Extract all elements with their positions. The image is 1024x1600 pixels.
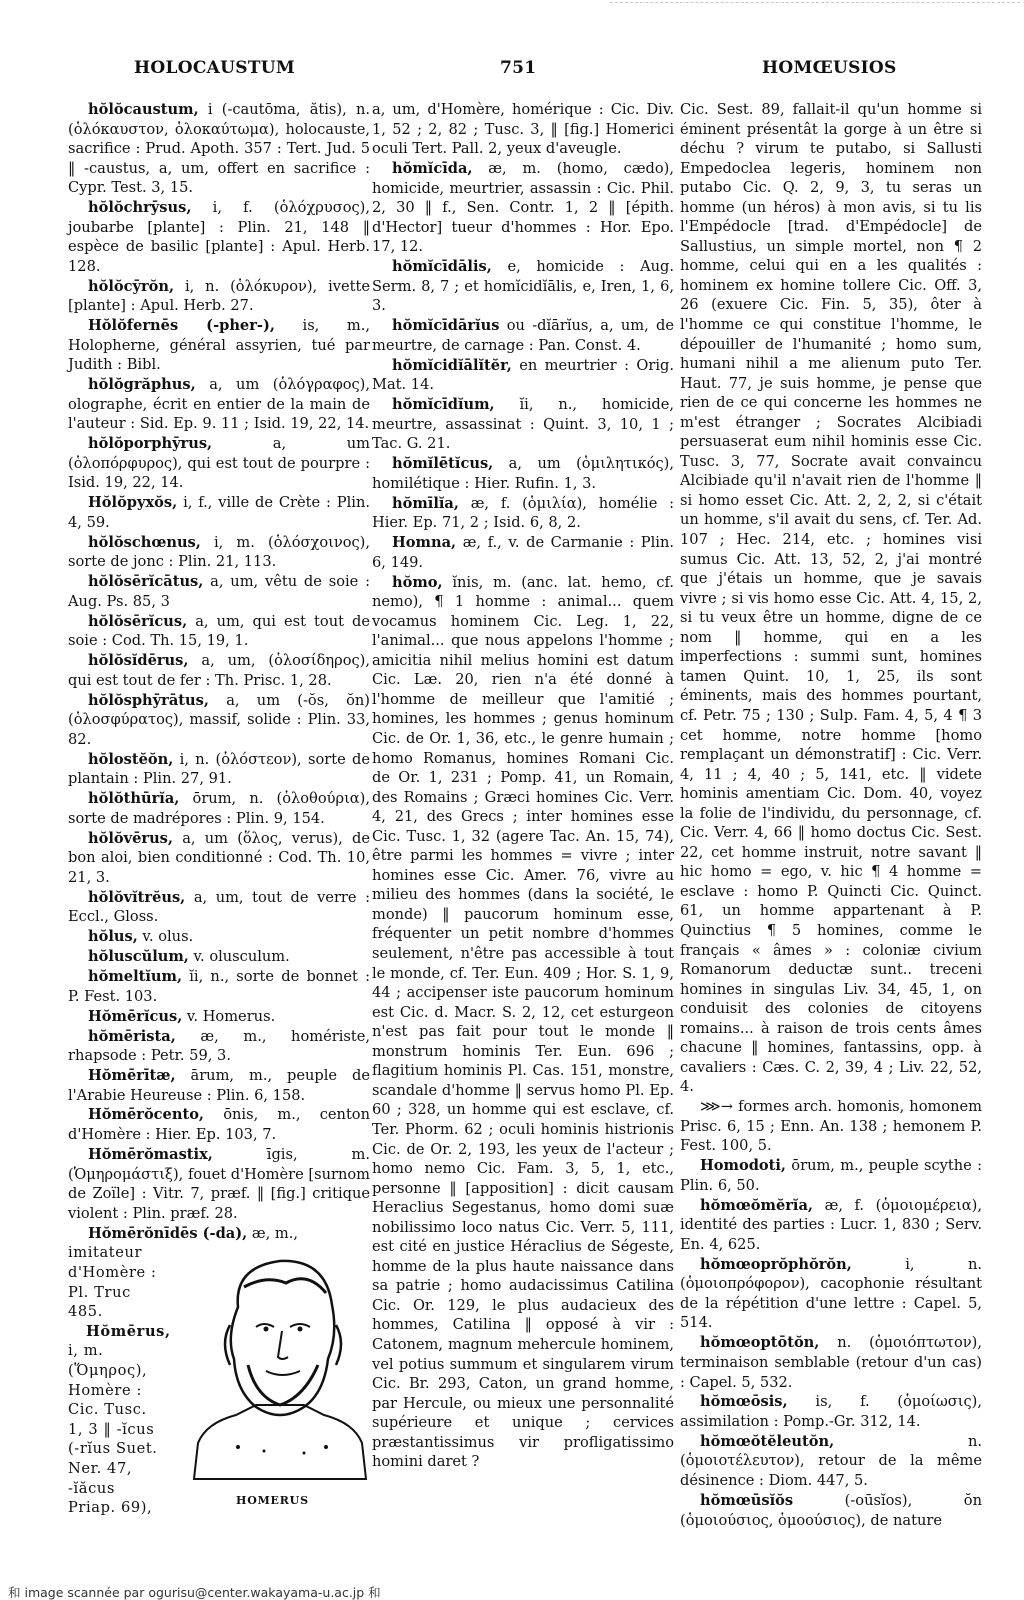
dictionary-entry: Homodoti, ōrum, m., peuple scythe : Plin… — [680, 1156, 982, 1195]
column-2: a, um, d'Homère, homérique : Cic. Div. 1… — [372, 100, 674, 1472]
definition: v. olusculum. — [189, 948, 290, 965]
headword: hŏmeltĭum, — [88, 968, 182, 985]
dictionary-entry: Hŏmērŏmastix, īgis, m. (Ὁμηρομάστιξ), fo… — [68, 1145, 370, 1223]
dictionary-entry: Hŏmērītæ, ārum, m., peuple de l'Arabie H… — [68, 1066, 370, 1105]
headword: Hŏmērītæ, — [88, 1067, 176, 1084]
entry-list: a, um, d'Homère, homérique : Cic. Div. 1… — [372, 100, 674, 1472]
headword: hŏmĭcīdālis, — [392, 258, 492, 275]
dictionary-entry: hŏmœoptōtŏn, n. (ὁμοιόπτωτον), terminais… — [680, 1333, 982, 1392]
headword: Homna, — [392, 534, 456, 551]
headword: hŏlŏsērĭcātus, — [88, 573, 203, 590]
headword: hŏmœoprŏphŏrŏn, — [700, 1256, 852, 1273]
definition: æ, m., — [247, 1225, 298, 1242]
dictionary-entry: hŏlŏsphȳrātus, a, um (-ŏs, ŏn) (ὁλοσφύρα… — [68, 691, 370, 750]
headword: hŏmœŏmĕrĭa, — [700, 1197, 813, 1214]
headword: hŏlŏcȳrŏn, — [88, 278, 174, 295]
headword: Hŏmērĭcus, — [88, 1008, 182, 1025]
dictionary-entry: Hŏmērŏcento, ōnis, m., centon d'Homère :… — [68, 1105, 370, 1144]
headword: hŏmĭcīdĭum, — [392, 396, 495, 413]
headword: hŏmœūsĭŏs — [700, 1492, 793, 1509]
homerus-illustration-block: imitateur d'Homère : Pl. Truc 485. Hŏmēr… — [68, 1243, 370, 1493]
scan-credit: 和 image scannée par ogurisu@center.wakay… — [8, 1583, 381, 1600]
dictionary-entry: ⋙→ formes arch. homonis, homonem Prisc. … — [680, 1097, 982, 1156]
dictionary-entry: Hŏmērĭcus, v. Homerus. — [68, 1007, 370, 1027]
dictionary-entry: hŏlŏchrȳsus, i, f. (ὁλόχρυσος), joubarbe… — [68, 198, 370, 276]
headword: hŏmīlĭa, — [392, 495, 459, 512]
headword: hŏlŏsērĭcus, — [88, 613, 187, 630]
definition: ĭnis, m. (anc. lat. hemo, cf. nemo), ¶ 1… — [372, 574, 674, 1471]
column-1: hŏlŏcaustum, i (-cautōma, ătis), n. (ὁλό… — [68, 100, 370, 1493]
headword: hŏlostĕŏn, — [88, 751, 173, 768]
dictionary-entry: hŏmœŏmĕrĭa, æ, f. (ὁμοιομέρεια), identit… — [680, 1196, 982, 1255]
definition: Cic. Sest. 89, fallait-il qu'un homme si… — [680, 101, 982, 1095]
dictionary-entry: hŏlŏsērĭcus, a, um, qui est tout de soie… — [68, 612, 370, 651]
dictionary-entry: hŏlŏthūrĭa, ōrum, n. (ὁλοθούρια), sorte … — [68, 789, 370, 828]
headword: hŏmœŏtĕleutŏn, — [700, 1433, 834, 1450]
headword: Hŏmērus, — [86, 1323, 171, 1340]
archaic-forms-arrow-icon: ⋙→ — [700, 1098, 733, 1115]
dictionary-entry: hŏmērista, æ, m., homériste, rhapsode : … — [68, 1027, 370, 1066]
headword: hŏmo, — [392, 574, 443, 591]
headword: hŏlŏschœnus, — [88, 534, 201, 551]
dictionary-entry: Cic. Sest. 89, fallait-il qu'un homme si… — [680, 100, 982, 1097]
dictionary-entry: hŏlŏcȳrŏn, i, n. (ὁλόκυρον), ivette [pla… — [68, 277, 370, 316]
headword: Homodoti, — [700, 1157, 786, 1174]
dictionary-entry: hŏlŏvērus, a, um (ὅλος, verus), de bon a… — [68, 829, 370, 888]
headword: hŏluscŭlum, — [88, 948, 189, 965]
headword: hŏmĭcīdārĭus — [392, 317, 499, 334]
dictionary-entry: hŏlŏporphȳrus, a, um (ὁλοπόρφυρος), qui … — [68, 434, 370, 493]
headword: Hŏmērŏnīdēs (-da), — [88, 1225, 247, 1242]
definition: imitateur d'Homère : Pl. Truc 485. — [68, 1243, 164, 1321]
headword: hŏlŏsphȳrātus, — [88, 692, 209, 709]
dictionary-entry: hŏmœūsĭŏs (-oūsĭos), ŏn (ὁμοιούσιος, ὁμο… — [680, 1491, 982, 1530]
dictionary-entry: hŏmĭlētĭcus, a, um (ὁμιλητικός), homilét… — [372, 454, 674, 493]
dictionary-entry: Hŏlŏpyxŏs, i, f., ville de Crète : Plin.… — [68, 493, 370, 532]
right-guideword: HOMŒUSIOS — [762, 58, 897, 78]
headword: hŏlŏvĭtrĕus, — [88, 889, 185, 906]
headword: hŏlŏchrȳsus, — [88, 199, 191, 216]
dictionary-entry: Hŏlŏfernēs (-pher-), is, m., Holopherne,… — [68, 316, 370, 375]
headword: hŏlŏsĭdērus, — [88, 652, 188, 669]
headword: hŏmœōsis, — [700, 1393, 788, 1410]
headword: hŏmērista, — [88, 1028, 176, 1045]
headword: hŏlŏporphȳrus, — [88, 435, 212, 452]
headword: hŏlŏgrăphus, — [88, 376, 196, 393]
headword: hŏmĭlētĭcus, — [392, 455, 493, 472]
dictionary-entry: a, um, d'Homère, homérique : Cic. Div. 1… — [372, 100, 674, 159]
wrapped-text: imitateur d'Homère : Pl. Truc 485. Hŏmēr… — [68, 1243, 164, 1517]
dictionary-entry: hŏlostĕŏn, i, n. (ὁλόστεον), sorte de pl… — [68, 750, 370, 789]
dictionary-entry: hŏmĭcīdālis, e, homicide : Aug. Serm. 8,… — [372, 257, 674, 316]
entry-list: Cic. Sest. 89, fallait-il qu'un homme si… — [680, 100, 982, 1530]
definition: v. Homerus. — [182, 1008, 275, 1025]
dictionary-entry: hŏlŏschœnus, i, m. (ὁλόσχοινος), sorte d… — [68, 533, 370, 572]
dictionary-entry: hŏlŏcaustum, i (-cautōma, ătis), n. (ὁλό… — [68, 100, 370, 198]
dictionary-entry: hŏmĭcidĭālĭtĕr, en meurtrier : Orig. Mat… — [372, 356, 674, 395]
dictionary-entry: Hŏmērus, i, m. (Ὅμηρος), Homère : Cic. T… — [68, 1322, 164, 1518]
dictionary-entry: hŏmœoprŏphŏrŏn, i, n. (ὁμοιοπρόφορον), c… — [680, 1255, 982, 1333]
dictionary-entry: hŏlus, v. olus. — [68, 927, 370, 947]
definition: v. olus. — [138, 928, 193, 945]
headword: hŏmĭcīda, — [392, 160, 473, 177]
dictionary-entry: hŏlŏsērĭcātus, a, um, vêtu de soie : Aug… — [68, 572, 370, 611]
homer-bust-icon — [186, 1247, 374, 1483]
headword: hŏlŏthūrĭa, — [88, 790, 179, 807]
definition: i, m. (Ὅμηρος), Homère : Cic. Tusc. 1, 3… — [68, 1342, 158, 1516]
dictionary-entry: hŏmœŏtĕleutŏn, n. (ὁμοιοτέλευτον), retou… — [680, 1432, 982, 1491]
dictionary-entry: hŏmĭcīda, æ, m. (homo, cædo), homicide, … — [372, 159, 674, 257]
entry-list: hŏlŏcaustum, i (-cautōma, ătis), n. (ὁλό… — [68, 100, 370, 1223]
dictionary-entry: hŏmeltĭum, ĭi, n., sorte de bonnet : P. … — [68, 967, 370, 1006]
column-3: Cic. Sest. 89, fallait-il qu'un homme si… — [680, 100, 982, 1530]
dictionary-entry: hŏluscŭlum, v. olusculum. — [68, 947, 370, 967]
headword: Hŏmērŏmastix, — [88, 1146, 213, 1163]
dictionary-entry: hŏmo, ĭnis, m. (anc. lat. hemo, cf. nemo… — [372, 573, 674, 1472]
left-guideword: HOLOCAUSTUM — [134, 58, 295, 78]
dictionary-entry: hŏlŏvĭtrĕus, a, um, tout de verre : Eccl… — [68, 888, 370, 927]
headword: Hŏlŏpyxŏs, — [88, 494, 177, 511]
headword: hŏlus, — [88, 928, 138, 945]
dictionary-entry: hŏlŏgrăphus, a, um (ὁλόγραφος), olograph… — [68, 375, 370, 434]
page-number: 751 — [500, 58, 536, 78]
dictionary-entry: hŏlŏsĭdērus, a, um, (ὁλοσίδηρος), qui es… — [68, 651, 370, 690]
headword: hŏmĭcidĭālĭtĕr, — [392, 357, 512, 374]
headword: hŏlŏcaustum, — [88, 101, 199, 118]
scan-edge-line — [610, 2, 1020, 4]
dictionary-entry: hŏmĭcīdĭum, ĭi, n., homicide, meurtre, a… — [372, 395, 674, 454]
headword: Hŏlŏfernēs (-pher-), — [88, 317, 275, 334]
dictionary-entry: hŏmīlĭa, æ, f. (ὁμιλία), homélie : Hier.… — [372, 494, 674, 533]
headword: hŏmœoptōtŏn, — [700, 1334, 819, 1351]
definition: a, um, d'Homère, homérique : Cic. Div. 1… — [372, 101, 674, 157]
headword: Hŏmērŏcento, — [88, 1106, 204, 1123]
dictionary-entry: hŏmĭcīdārĭus ou -dĭārĭus, a, um, de meur… — [372, 316, 674, 355]
headword: hŏlŏvērus, — [88, 830, 173, 847]
dictionary-entry: Hŏmērŏnīdēs (-da), æ, m., — [68, 1224, 370, 1244]
dictionary-entry: hŏmœōsis, is, f. (ὁμοίωσις), assimilatio… — [680, 1392, 982, 1431]
illustration-caption: HOMERUS — [236, 1491, 309, 1511]
dictionary-entry: Homna, æ, f., v. de Carmanie : Plin. 6, … — [372, 533, 674, 572]
